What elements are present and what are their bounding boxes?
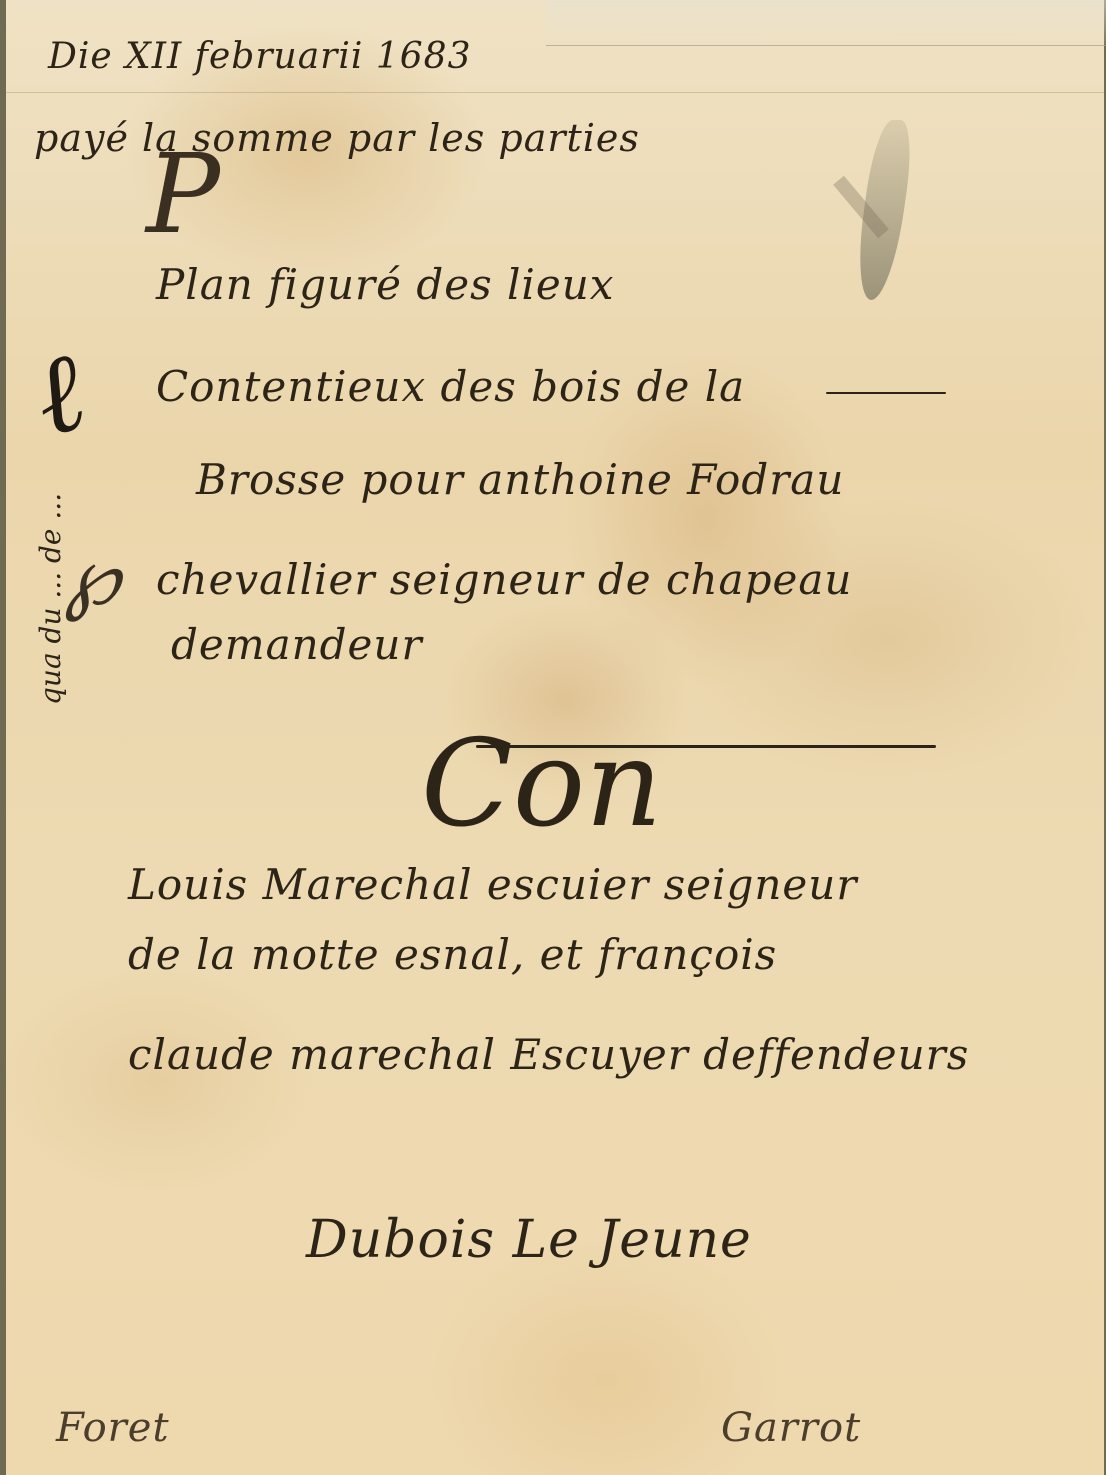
fold-line: [6, 92, 1104, 93]
margin-scribble-mark: ℘: [64, 530, 120, 623]
bottom-signature-right: Garrot: [721, 1405, 861, 1451]
bottom-signature-left: Foret: [56, 1405, 170, 1451]
body-line-4: chevallier seigneur de chapeau: [156, 555, 852, 604]
contra-mark: Con: [421, 715, 662, 854]
body-line-3: Brosse pour anthoine Fodrau: [196, 455, 844, 504]
defendant-line-3: claude marechal Escuyer deffendeurs: [128, 1030, 969, 1079]
line-filler: [826, 392, 946, 394]
body-line-2: Contentieux des bois de la: [156, 362, 745, 411]
defendant-line-1: Louis Marechal escuier seigneur: [128, 860, 857, 909]
torn-top-edge: [546, 0, 1106, 46]
body-line-1: Plan figuré des lieux: [156, 260, 614, 309]
payment-line: payé la somme par les parties: [34, 116, 640, 160]
margin-note: qua du ... de ...: [34, 493, 67, 705]
opening-flourish: P: [146, 130, 220, 258]
notary-signature: Dubois Le Jeune: [306, 1210, 752, 1270]
defendant-line-2: de la motte esnal, et françois: [128, 930, 777, 979]
contra-flourish-line: [476, 745, 936, 748]
date-line: Die XII februarii 1683: [48, 36, 471, 77]
manuscript-page: Die XII februarii 1683 payé la somme par…: [6, 0, 1104, 1475]
margin-paraph-mark: ℓ: [20, 326, 98, 462]
body-line-5: demandeur: [171, 620, 423, 669]
